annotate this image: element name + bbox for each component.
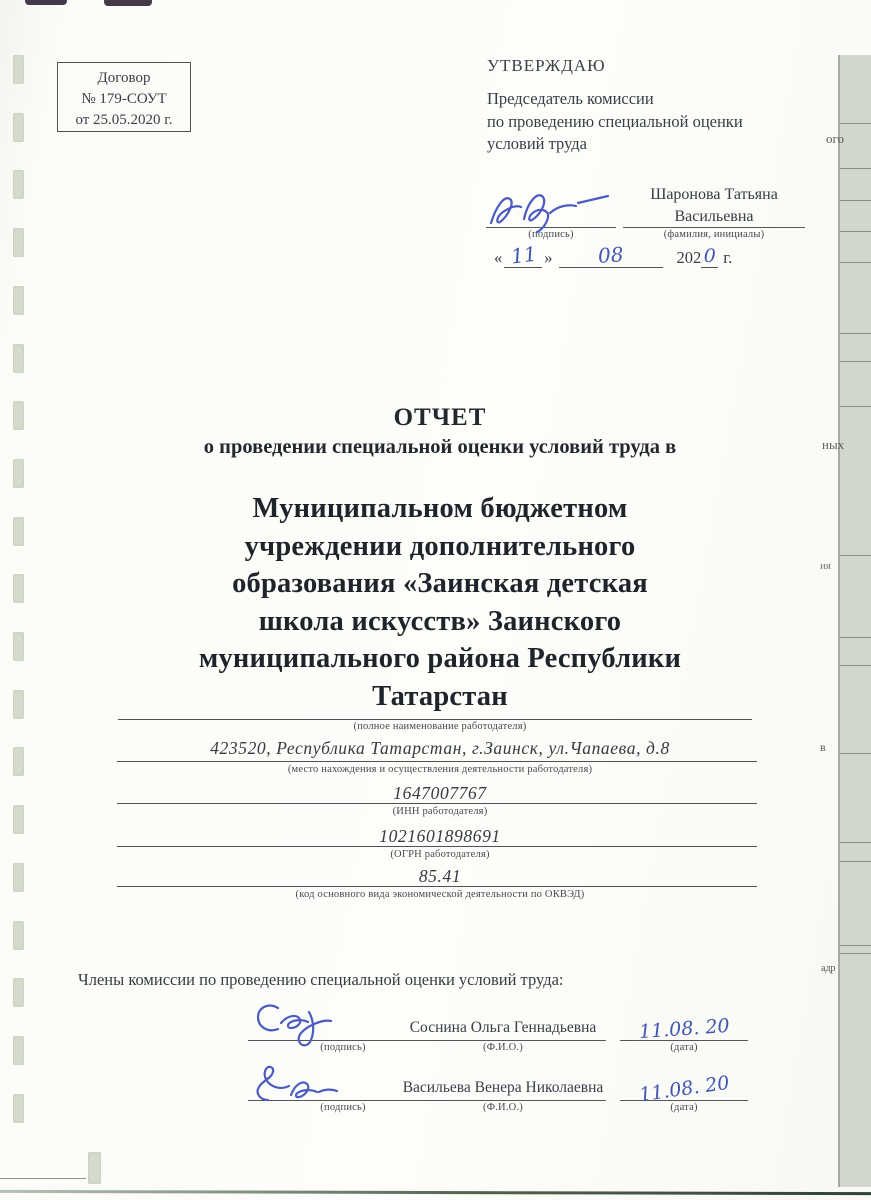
background-page-table-line: [840, 231, 871, 232]
background-page-table-line: [840, 200, 871, 201]
scan-artifact-line: [0, 1178, 86, 1179]
background-page-table-line: [840, 406, 871, 407]
contract-stamp-line: № 179-СОУТ: [58, 89, 190, 110]
background-page-table-line: [840, 168, 871, 169]
scan-bottom-edge: [0, 1190, 871, 1195]
binder-hole: [13, 574, 24, 603]
approval-role-line: условий труда: [487, 133, 743, 156]
background-page-table-line: [840, 945, 871, 946]
binder-hole: [13, 805, 24, 834]
approval-role: Председатель комиссии по проведению спец…: [487, 88, 743, 156]
chair-name-line: Шаронова Татьяна: [650, 184, 778, 206]
background-page-table-line: [840, 842, 871, 843]
background-text-fragment: ого: [826, 131, 844, 147]
background-page-table-line: [840, 333, 871, 334]
inn-underline: [117, 803, 757, 804]
approval-role-line: Председатель комиссии: [487, 88, 743, 111]
member-name-field: Соснина Ольга Геннадьевна (Ф.И.О.): [400, 998, 606, 1053]
chair-name-line: Васильевна: [650, 206, 778, 228]
background-text-fragment: в: [820, 740, 826, 755]
employer-name-line: Татарстан: [95, 678, 785, 716]
binder-hole: [13, 459, 24, 488]
name-caption: (Ф.И.О.): [483, 1102, 523, 1113]
open-quote: «: [494, 248, 502, 268]
background-text-fragment: адр: [821, 963, 836, 974]
okved-caption: (код основного вида экономической деятел…: [95, 889, 785, 900]
background-page-table-line: [840, 555, 871, 556]
year-prefix: 202: [677, 248, 702, 268]
background-page-table-line: [840, 753, 871, 754]
member-name-field: Васильева Венера Николаевна (Ф.И.О.): [400, 1058, 606, 1113]
ogrn-caption: (ОГРН работодателя): [95, 849, 785, 860]
approval-title: УТВЕРЖДАЮ: [487, 56, 606, 76]
binder-hole: [13, 690, 24, 719]
employer-address: 423520, Республика Татарстан, г.Заинск, …: [95, 738, 785, 759]
members-heading: Члены комиссии по проведению специальной…: [78, 970, 564, 990]
binder-hole: [13, 113, 24, 142]
background-page-table-line: [840, 665, 871, 666]
background-text-fragment: ия: [820, 560, 831, 572]
handwritten-signature-sosnina: [248, 996, 358, 1048]
background-page-table-line: [840, 861, 871, 862]
approval-signature-field: (подпись): [486, 176, 616, 240]
member-date-field: 11.08. 20 (дата): [620, 1058, 748, 1113]
binder-hole: [13, 517, 24, 546]
contract-stamp-line: Договор: [58, 68, 190, 89]
background-page-table-line: [840, 637, 871, 638]
scan-artifact-mark: [25, 0, 67, 5]
okved-underline: [117, 886, 757, 887]
handwritten-date: 11.08. 20: [638, 1015, 730, 1043]
approval-date-line: « 11 » 08 202 0 г.: [494, 243, 732, 268]
contract-stamp-line: от 25.05.2020 г.: [58, 110, 190, 131]
scanned-document-page: Договор № 179-СОУТ от 25.05.2020 г. УТВЕ…: [0, 0, 871, 1200]
member-date-field: 11.08. 20 (дата): [620, 998, 748, 1053]
year-suffix: г.: [723, 248, 732, 268]
employer-ogrn: 1021601898691: [95, 826, 785, 847]
background-text-fragment: ных: [822, 437, 844, 453]
background-page-table-line: [840, 953, 871, 954]
employer-name-line: школа искусств» Заинского: [95, 603, 785, 641]
underlying-page-edge: ого ных ия в адр: [838, 55, 871, 1187]
date-caption: (дата): [670, 1102, 697, 1113]
employer-name-line: учреждении дополнительного: [95, 528, 785, 566]
employer-name-line: образования «Заинская детская: [95, 565, 785, 603]
binder-hole: [13, 401, 24, 430]
binder-hole: [13, 170, 24, 199]
employer-name-line: муниципального района Республики: [95, 640, 785, 678]
binder-hole: [13, 921, 24, 950]
member-name: Васильева Венера Николаевна: [403, 1079, 604, 1100]
employer-name-underline: [118, 719, 752, 720]
binder-hole: [13, 228, 24, 257]
background-page-table-line: [840, 262, 871, 263]
approval-role-line: по проведению специальной оценки: [487, 111, 743, 134]
binder-hole: [13, 632, 24, 661]
binder-hole: [13, 747, 24, 776]
contract-stamp-box: Договор № 179-СОУТ от 25.05.2020 г.: [57, 62, 191, 132]
close-quote: »: [544, 248, 552, 268]
binder-hole: [13, 863, 24, 892]
binder-hole: [88, 1152, 101, 1184]
background-page-table-line: [840, 361, 871, 362]
address-underline: [117, 761, 757, 762]
approval-name-field: Шаронова Татьяна Васильевна (фамилия, ин…: [623, 176, 805, 240]
employer-okved: 85.41: [95, 866, 785, 887]
employer-inn: 1647007767: [95, 783, 785, 804]
ogrn-underline: [117, 846, 757, 847]
report-subtitle: о проведении специальной оценки условий …: [95, 436, 785, 459]
scan-artifact-mark: [104, 0, 152, 6]
member-name: Соснина Ольга Геннадьевна: [410, 1019, 597, 1040]
name-caption: (Ф.И.О.): [483, 1042, 523, 1053]
date-caption: (дата): [670, 1042, 697, 1053]
address-caption: (место нахождения и осуществления деятел…: [95, 764, 785, 775]
binder-hole: [13, 286, 24, 315]
inn-caption: (ИНН работодателя): [95, 806, 785, 817]
binder-hole: [13, 1036, 24, 1065]
background-page-table-line: [840, 123, 871, 124]
name-caption: (фамилия, инициалы): [664, 229, 765, 240]
binder-hole: [13, 1094, 24, 1123]
handwritten-signature-chair: [486, 177, 616, 235]
employer-name-line: Муниципальном бюджетном: [95, 490, 785, 528]
binder-hole: [13, 55, 24, 84]
binder-hole: [13, 344, 24, 373]
handwritten-year-digit: 0: [704, 245, 716, 267]
employer-name-caption: (полное наименование работодателя): [95, 721, 785, 732]
handwritten-day: 11: [509, 242, 537, 269]
report-title: ОТЧЕТ: [95, 404, 785, 432]
binder-hole: [13, 978, 24, 1007]
handwritten-month: 08: [597, 242, 624, 268]
employer-name: Муниципальном бюджетном учреждении допол…: [95, 490, 785, 715]
handwritten-signature-vasileva: [248, 1062, 348, 1108]
